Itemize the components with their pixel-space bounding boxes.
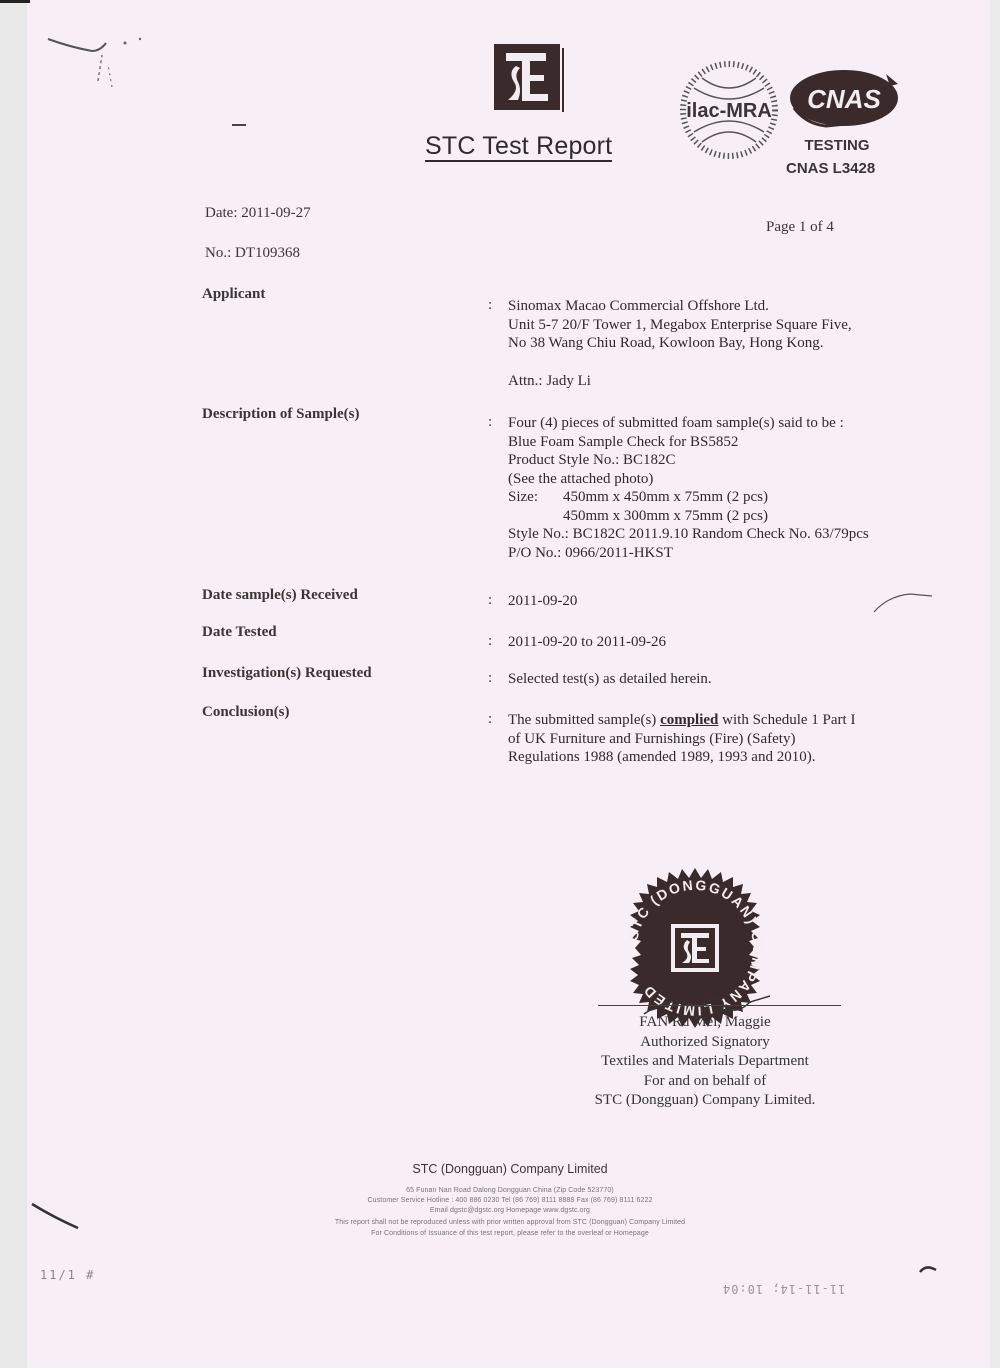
cnas-testing-label: TESTING [800, 137, 874, 154]
style-number: Style No.: BC182C 2011.9.10 Random Check… [508, 525, 869, 544]
description-line-3: Product Style No.: BC182C [508, 451, 869, 470]
applicant-line-3: No 38 Wang Chiu Road, Kowloon Bay, Hong … [508, 334, 852, 353]
size-label: Size: [508, 488, 563, 507]
footer-notice-1: This report shall not be reproduced unle… [0, 1219, 1000, 1226]
signatory-block: FAN Ru Mei, Maggie Authorized Signatory … [570, 1013, 840, 1111]
conclusion-post: with Schedule 1 Part I [718, 712, 855, 728]
date-received-value: 2011-09-20 [508, 592, 577, 611]
description-line-2: Blue Foam Sample Check for BS5852 [508, 433, 869, 452]
applicant-line-2: Unit 5-7 20/F Tower 1, Megabox Enterpris… [508, 316, 852, 335]
conclusion-colon: : [488, 711, 492, 728]
description-colon: : [488, 414, 492, 431]
date-tested-colon: : [488, 633, 492, 650]
footer-company: STC (Dongguan) Company Limited [0, 1162, 1000, 1176]
investigation-value: Selected test(s) as detailed herein. [508, 670, 712, 689]
date-received-label: Date sample(s) Received [202, 587, 358, 604]
svg-text:ilac-MRA: ilac-MRA [686, 100, 772, 122]
handwritten-mark: 11/1 # [40, 1268, 95, 1282]
cnas-number: CNAS L3428 [786, 160, 875, 177]
scan-dash-icon [230, 122, 250, 128]
stc-logo-icon [492, 42, 564, 114]
conclusion-line-1: The submitted sample(s) complied with Sc… [508, 711, 855, 730]
description-line-1: Four (4) pieces of submitted foam sample… [508, 414, 869, 433]
signatory-department: Textiles and Materials Department [570, 1052, 840, 1072]
date-received-colon: : [488, 592, 492, 609]
signatory-behalf: For and on behalf of [570, 1072, 840, 1092]
conclusion-complied: complied [660, 712, 718, 728]
page-indicator: Page 1 of 4 [766, 219, 834, 236]
investigation-label: Investigation(s) Requested [202, 665, 372, 682]
scan-edge-mark [0, 0, 30, 3]
pen-tick-icon [918, 1262, 940, 1276]
description-line-4: (See the attached photo) [508, 470, 869, 489]
size-row-1: Size:450mm x 450mm x 75mm (2 pcs) [508, 488, 869, 507]
po-number: P/O No.: 0966/2011-HKST [508, 544, 869, 563]
conclusion-line-2: of UK Furniture and Furnishings (Fire) (… [508, 730, 855, 749]
signatory-title: Authorized Signatory [570, 1033, 840, 1053]
cnas-logo-icon: CNAS [786, 64, 906, 130]
date-tested-label: Date Tested [202, 624, 277, 641]
size-2: 450mm x 300mm x 75mm (2 pcs) [508, 507, 869, 526]
conclusion-line-3: Regulations 1988 (amended 1989, 1993 and… [508, 748, 855, 767]
scan-scribble-icon [40, 25, 150, 95]
pen-mark-icon [870, 588, 940, 618]
applicant-label: Applicant [202, 286, 265, 303]
fax-header-mark: 11-11-14; 10:04 [722, 1282, 845, 1296]
description-value: Four (4) pieces of submitted foam sample… [508, 414, 869, 562]
signatory-company: STC (Dongguan) Company Limited. [570, 1091, 840, 1111]
conclusion-label: Conclusion(s) [202, 704, 290, 721]
ilac-mra-logo-icon: ilac-MRA [674, 60, 784, 160]
report-number: No.: DT109368 [205, 245, 300, 262]
applicant-attn: Attn.: Jady Li [508, 372, 591, 391]
footer-contact: Customer Service Hotline : 400 886 0230 … [0, 1197, 1000, 1204]
report-date: Date: 2011-09-27 [205, 205, 311, 222]
signature-line [598, 1005, 841, 1006]
footer-address: 65 Funan Nan Road Dalong Dongguan China … [0, 1187, 1000, 1194]
applicant-value: Sinomax Macao Commercial Offshore Ltd. U… [508, 297, 852, 353]
report-title: STC Test Report [425, 132, 612, 162]
applicant-line-1: Sinomax Macao Commercial Offshore Ltd. [508, 297, 852, 316]
conclusion-pre: The submitted sample(s) [508, 712, 660, 728]
date-tested-value: 2011-09-20 to 2011-09-26 [508, 633, 666, 652]
footer-notice-2: For Conditions of Issuance of this test … [0, 1230, 1000, 1237]
footer-web: Email dgstc@dgstc.org Homepage www.dgstc… [0, 1207, 1000, 1214]
svg-text:CNAS: CNAS [807, 84, 881, 114]
applicant-colon: : [488, 297, 492, 314]
size-1: 450mm x 450mm x 75mm (2 pcs) [563, 489, 768, 505]
signatory-name: FAN Ru Mei, Maggie [570, 1013, 840, 1033]
investigation-colon: : [488, 670, 492, 687]
description-label: Description of Sample(s) [202, 406, 360, 423]
conclusion-value: The submitted sample(s) complied with Sc… [508, 711, 855, 767]
